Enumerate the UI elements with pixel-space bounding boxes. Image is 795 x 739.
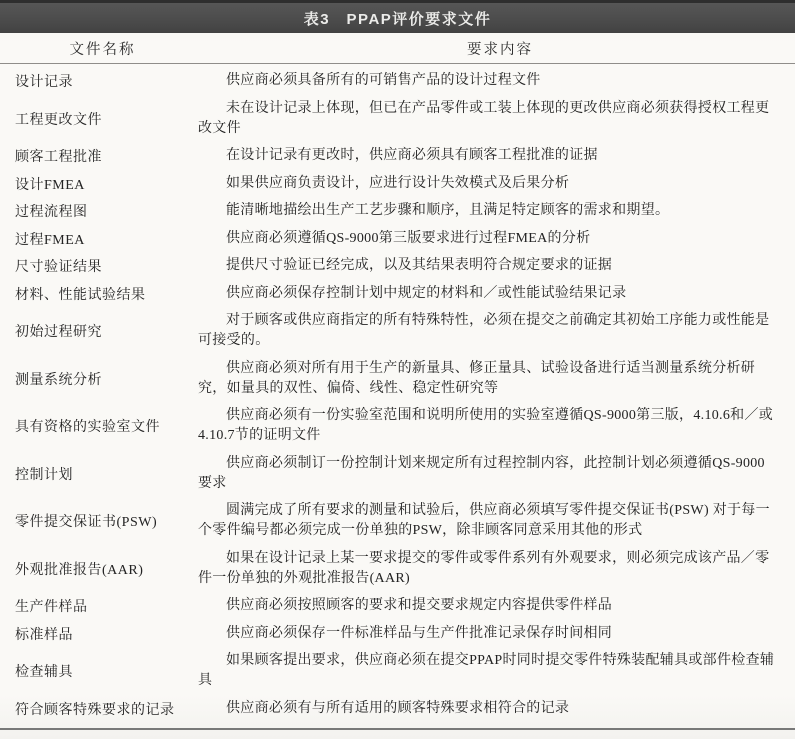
document-name: 具有资格的实验室文件 (0, 416, 198, 436)
column-header-document-name: 文件名称 (0, 38, 205, 59)
document-name: 材料、性能试验结果 (0, 284, 198, 304)
table-row: 测量系统分析 供应商必须对所有用于生产的新量具、修正量具、试验设备进行适当测量系… (0, 359, 795, 399)
table-row: 过程FMEA 供应商必须遵循QS-9000第三版要求进行过程FMEA的分析 (0, 229, 795, 249)
table-title: 表3 PPAP评价要求文件 (304, 8, 492, 29)
table-row: 符合顾客特殊要求的记录 供应商必须有与所有适用的顾客特殊要求相符合的记录 (0, 699, 795, 719)
table-row: 工程更改文件 未在设计记录上体现，但已在产品零件或工装上体现的更改供应商必须获得… (0, 99, 795, 139)
document-name: 零件提交保证书(PSW) (0, 511, 198, 531)
table-body: 设计记录 供应商必须具备所有的可销售产品的设计过程文件 工程更改文件 未在设计记… (0, 64, 795, 730)
document-requirement: 供应商必须对所有用于生产的新量具、修正量具、试验设备进行适当测量系统分析研究，如… (198, 359, 795, 399)
document-name: 设计FMEA (0, 174, 198, 194)
table-header-row: 文件名称 要求内容 (0, 33, 795, 64)
document-requirement: 供应商必须按照顾客的要求和提交要求规定内容提供零件样品 (198, 596, 795, 616)
table-row: 外观批准报告(AAR) 如果在设计记录上某一要求提交的零件或零件系列有外观要求，… (0, 549, 795, 589)
document-requirement: 供应商必须有与所有适用的顾客特殊要求相符合的记录 (198, 699, 795, 719)
table-row: 具有资格的实验室文件 供应商必须有一份实验室范围和说明所使用的实验室遵循QS-9… (0, 406, 795, 446)
document-name: 生产件样品 (0, 596, 198, 616)
table-row: 设计记录 供应商必须具备所有的可销售产品的设计过程文件 (0, 71, 795, 91)
table-row: 零件提交保证书(PSW) 圆满完成了所有要求的测量和试验后，供应商必须填写零件提… (0, 501, 795, 541)
column-header-requirement: 要求内容 (205, 38, 795, 59)
document-name: 初始过程研究 (0, 321, 198, 341)
table-row: 检查辅具 如果顾客提出要求，供应商必须在提交PPAP时同时提交零件特殊装配辅具或… (0, 651, 795, 691)
document-requirement: 圆满完成了所有要求的测量和试验后，供应商必须填写零件提交保证书(PSW) 对于每… (198, 501, 795, 541)
document-page: 表3 PPAP评价要求文件 文件名称 要求内容 设计记录 供应商必须具备所有的可… (0, 0, 795, 739)
document-name: 符合顾客特殊要求的记录 (0, 699, 198, 719)
document-requirement: 供应商必须有一份实验室范围和说明所使用的实验室遵循QS-9000第三版，4.10… (198, 406, 795, 446)
document-name: 过程FMEA (0, 229, 198, 249)
document-name: 标准样品 (0, 624, 198, 644)
document-name: 测量系统分析 (0, 369, 198, 389)
document-name: 尺寸验证结果 (0, 256, 198, 276)
document-requirement: 如果顾客提出要求，供应商必须在提交PPAP时同时提交零件特殊装配辅具或部件检查辅… (198, 651, 795, 691)
document-name: 控制计划 (0, 464, 198, 484)
table-row: 顾客工程批准 在设计记录有更改时，供应商必须具有顾客工程批准的证据 (0, 146, 795, 166)
table-row: 设计FMEA 如果供应商负责设计，应进行设计失效模式及后果分析 (0, 174, 795, 194)
table-row: 初始过程研究 对于顾客或供应商指定的所有特殊特性，必须在提交之前确定其初始工序能… (0, 311, 795, 351)
table-row: 控制计划 供应商必须制订一份控制计划来规定所有过程控制内容，此控制计划必须遵循Q… (0, 454, 795, 494)
document-requirement: 如果供应商负责设计，应进行设计失效模式及后果分析 (198, 174, 795, 194)
document-name: 设计记录 (0, 71, 198, 91)
document-requirement: 未在设计记录上体现，但已在产品零件或工装上体现的更改供应商必须获得授权工程更改文… (198, 99, 795, 139)
table-row: 材料、性能试验结果 供应商必须保存控制计划中规定的材料和／或性能试验结果记录 (0, 284, 795, 304)
document-name: 顾客工程批准 (0, 146, 198, 166)
table-title-bar: 表3 PPAP评价要求文件 (0, 0, 795, 33)
document-requirement: 供应商必须遵循QS-9000第三版要求进行过程FMEA的分析 (198, 229, 795, 249)
document-requirement: 提供尺寸验证已经完成，以及其结果表明符合规定要求的证据 (198, 256, 795, 276)
table-row: 过程流程图 能清晰地描绘出生产工艺步骤和顺序，且满足特定顾客的需求和期望。 (0, 201, 795, 221)
document-requirement: 对于顾客或供应商指定的所有特殊特性，必须在提交之前确定其初始工序能力或性能是可接… (198, 311, 795, 351)
document-requirement: 供应商必须保存控制计划中规定的材料和／或性能试验结果记录 (198, 284, 795, 304)
document-requirement: 供应商必须制订一份控制计划来规定所有过程控制内容，此控制计划必须遵循QS-900… (198, 454, 795, 494)
table-row: 生产件样品 供应商必须按照顾客的要求和提交要求规定内容提供零件样品 (0, 596, 795, 616)
document-requirement: 在设计记录有更改时，供应商必须具有顾客工程批准的证据 (198, 146, 795, 166)
document-name: 过程流程图 (0, 201, 198, 221)
table-row: 尺寸验证结果 提供尺寸验证已经完成，以及其结果表明符合规定要求的证据 (0, 256, 795, 276)
document-name: 检查辅具 (0, 661, 198, 681)
document-requirement: 供应商必须保存一件标准样品与生产件批准记录保存时间相同 (198, 624, 795, 644)
document-requirement: 如果在设计记录上某一要求提交的零件或零件系列有外观要求，则必须完成该产品／零件一… (198, 549, 795, 589)
document-requirement: 供应商必须具备所有的可销售产品的设计过程文件 (198, 71, 795, 91)
document-name: 工程更改文件 (0, 109, 198, 129)
document-name: 外观批准报告(AAR) (0, 559, 198, 579)
table-row: 标准样品 供应商必须保存一件标准样品与生产件批准记录保存时间相同 (0, 624, 795, 644)
document-requirement: 能清晰地描绘出生产工艺步骤和顺序，且满足特定顾客的需求和期望。 (198, 201, 795, 221)
